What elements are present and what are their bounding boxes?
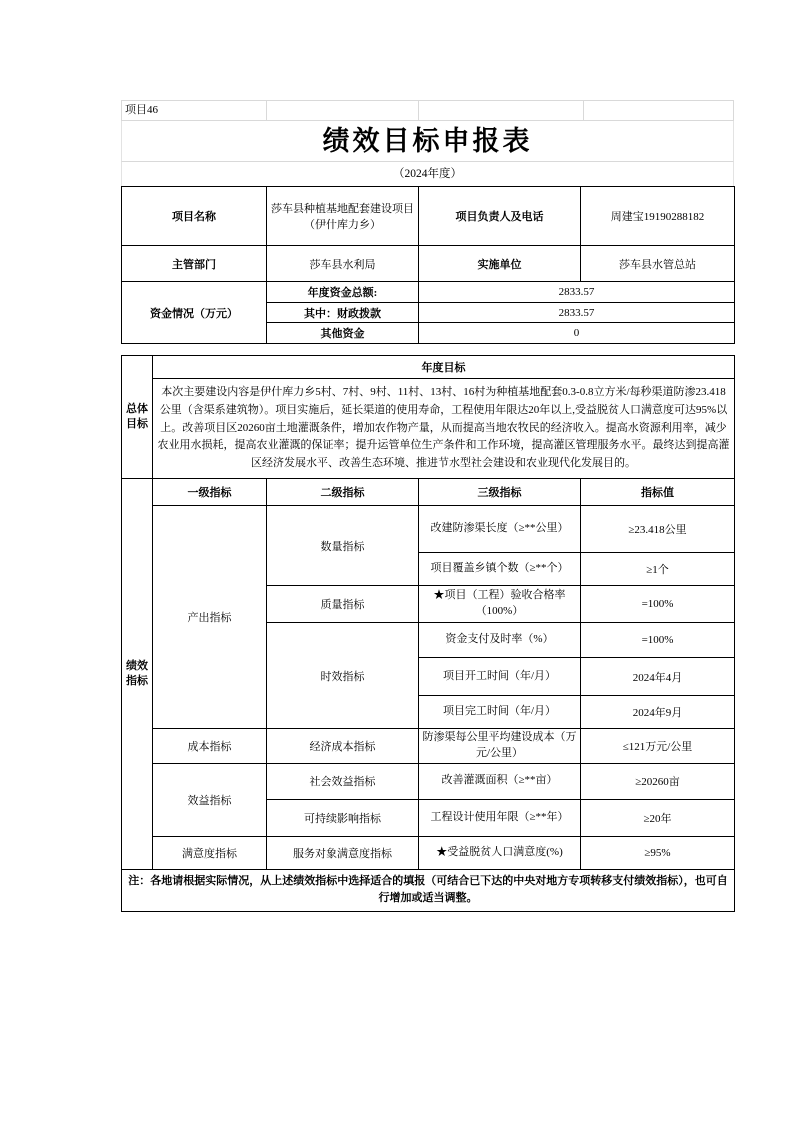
level3-header: 三级指标 [419, 479, 581, 506]
indicator-value: ≥20年 [581, 799, 735, 836]
indicator-value: ≥23.418公里 [581, 506, 735, 553]
empty-grid-cell [418, 101, 583, 120]
value-header: 指标值 [581, 479, 735, 506]
funding-other-label: 其他资金 [267, 323, 419, 344]
project-name-value: 莎车县种植基地配套建设项目（伊什库力乡） [267, 187, 419, 246]
funding-section-label: 资金情况（万元） [122, 282, 267, 344]
table-row: 本次主要建设内容是伊什库力乡5村、7村、9村、11村、13村、16村为种植基地配… [122, 379, 735, 479]
implement-unit-label: 实施单位 [419, 246, 581, 282]
funding-total-value: 2833.57 [419, 282, 735, 303]
table-row: 注：各地请根据实际情况，从上述绩效指标中选择适合的填报（可结合已下达的中央对地方… [122, 869, 735, 911]
spreadsheet-grid-row: 项目46 [121, 100, 734, 121]
authority-label: 主管部门 [122, 246, 267, 282]
indicator-value: ≥95% [581, 836, 735, 869]
table-row: 绩效指标 一级指标 二级指标 三级指标 指标值 [122, 479, 735, 506]
empty-grid-cell [266, 101, 418, 120]
benefit-indicator-group: 效益指标 [153, 763, 267, 836]
indicator-name: 项目完工时间（年/月） [419, 696, 581, 729]
social-benefit-indicator-group: 社会效益指标 [267, 763, 419, 799]
cost-indicator-group: 成本指标 [153, 729, 267, 764]
indicator-value: ≥1个 [581, 553, 735, 586]
funding-fiscal-value: 2833.57 [419, 303, 735, 323]
document-page: 项目46 绩效目标申报表 （2024年度） 项目名称 莎车县种植基地配套建设项目… [0, 0, 793, 1122]
output-indicator-group: 产出指标 [153, 506, 267, 729]
indicator-name: 改建防渗渠长度（≥**公里） [419, 506, 581, 553]
performance-indicator-side-label: 绩效指标 [122, 479, 153, 870]
indicator-name: 防渗渠每公里平均建设成本（万元/公里） [419, 729, 581, 764]
table-row: 资金情况（万元） 年度资金总额: 2833.57 [122, 282, 735, 303]
level1-header: 一级指标 [153, 479, 267, 506]
timeliness-indicator-group: 时效指标 [267, 623, 419, 729]
table-row: 项目名称 莎车县种植基地配套建设项目（伊什库力乡） 项目负责人及电话 周建宝19… [122, 187, 735, 246]
annual-goal-content: 本次主要建设内容是伊什库力乡5村、7村、9村、11村、13村、16村为种植基地配… [153, 379, 735, 479]
indicator-value: 2024年9月 [581, 696, 735, 729]
form-subtitle: （2024年度） [121, 162, 734, 186]
implement-unit-value: 莎车县水管总站 [581, 246, 735, 282]
indicator-value: ≥20260亩 [581, 763, 735, 799]
project-leader-label: 项目负责人及电话 [419, 187, 581, 246]
indicator-value: =100% [581, 586, 735, 623]
level2-header: 二级指标 [267, 479, 419, 506]
indicator-name: 项目覆盖乡镇个数（≥**个） [419, 553, 581, 586]
project-name-label: 项目名称 [122, 187, 267, 246]
indicator-row: 效益指标 社会效益指标 改善灌溉面积（≥**亩） ≥20260亩 [122, 763, 735, 799]
quality-indicator-group: 质量指标 [267, 586, 419, 623]
overall-goal-side-label: 总体目标 [122, 356, 153, 479]
corner-label: 项目46 [121, 101, 266, 120]
authority-value: 莎车县水利局 [267, 246, 419, 282]
form-title: 绩效目标申报表 [121, 121, 734, 162]
economic-cost-indicator-group: 经济成本指标 [267, 729, 419, 764]
indicator-row: 满意度指标 服务对象满意度指标 ★受益脱贫人口满意度(%) ≥95% [122, 836, 735, 869]
indicator-row: 成本指标 经济成本指标 防渗渠每公里平均建设成本（万元/公里） ≤121万元/公… [122, 729, 735, 764]
indicator-table: 总体目标 年度目标 本次主要建设内容是伊什库力乡5村、7村、9村、11村、13村… [121, 355, 735, 912]
empty-grid-cell [583, 101, 734, 120]
indicator-name: 资金支付及时率（%） [419, 623, 581, 658]
indicator-value: 2024年4月 [581, 658, 735, 696]
annual-goal-header: 年度目标 [153, 356, 735, 379]
table-row: 主管部门 莎车县水利局 实施单位 莎车县水管总站 [122, 246, 735, 282]
sustainability-indicator-group: 可持续影响指标 [267, 799, 419, 836]
indicator-row: 产出指标 数量指标 改建防渗渠长度（≥**公里） ≥23.418公里 [122, 506, 735, 553]
indicator-name: ★受益脱贫人口满意度(%) [419, 836, 581, 869]
indicator-name: 改善灌溉面积（≥**亩） [419, 763, 581, 799]
service-satisfaction-indicator-group: 服务对象满意度指标 [267, 836, 419, 869]
project-leader-value: 周建宝19190288182 [581, 187, 735, 246]
indicator-value: =100% [581, 623, 735, 658]
funding-fiscal-label: 其中：财政拨款 [267, 303, 419, 323]
indicator-name: ★项目（工程）验收合格率（100%） [419, 586, 581, 623]
funding-total-label: 年度资金总额: [267, 282, 419, 303]
table-row: 总体目标 年度目标 [122, 356, 735, 379]
footnote: 注：各地请根据实际情况，从上述绩效指标中选择适合的填报（可结合已下达的中央对地方… [122, 869, 735, 911]
quantity-indicator-group: 数量指标 [267, 506, 419, 586]
indicator-value: ≤121万元/公里 [581, 729, 735, 764]
indicator-name: 项目开工时间（年/月） [419, 658, 581, 696]
satisfaction-indicator-group: 满意度指标 [153, 836, 267, 869]
funding-other-value: 0 [419, 323, 735, 344]
project-info-table: 项目名称 莎车县种植基地配套建设项目（伊什库力乡） 项目负责人及电话 周建宝19… [121, 186, 735, 344]
indicator-name: 工程设计使用年限（≥**年） [419, 799, 581, 836]
